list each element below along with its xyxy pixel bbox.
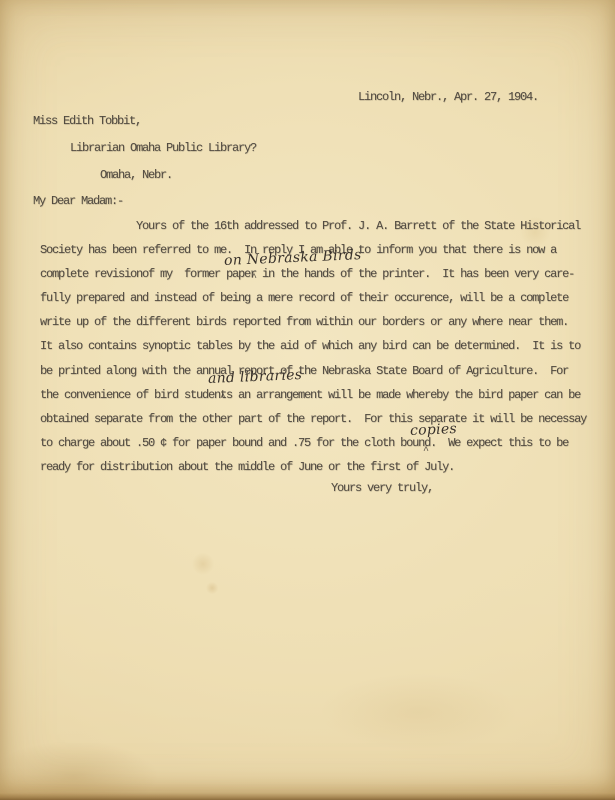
recipient-city: Omaha, Nebr. [100,168,172,182]
body-line: It also contains synoptic tables by the … [40,334,585,358]
insertion-caret: ^ [220,393,226,404]
insertion-caret: ^ [423,446,429,457]
body-line: complete revisionof my former paper in t… [40,262,585,286]
recipient-title: Librarian Omaha Public Library? [70,141,256,155]
body-line: obtained separate from the other part of… [40,407,585,431]
body-line: be printed along with the annual report … [40,359,585,383]
body-line: the convenience of bird students an arra… [40,383,585,407]
closing: Yours very truly, [331,481,433,495]
date-line: Lincoln, Nebr., Apr. 27, 1904. [358,90,538,104]
handwritten-insertion-copies: copies [410,421,458,439]
body-line: fully prepared and instead of being a me… [40,286,585,310]
salutation: My Dear Madam:- [33,194,123,208]
body-line: write up of the different birds reported… [40,310,585,334]
recipient-name: Miss Edith Tobbit, [33,114,141,128]
body-line: to charge about .50 ¢ for paper bound an… [40,431,585,455]
scan-bottom-edge [0,793,615,800]
letter-scan: Lincoln, Nebr., Apr. 27, 1904. Miss Edit… [0,0,615,800]
body-line: ready for distribution about the middle … [40,455,585,479]
insertion-caret: ^ [251,273,257,284]
body-line: Yours of the 16th addressed to Prof. J. … [40,214,585,238]
